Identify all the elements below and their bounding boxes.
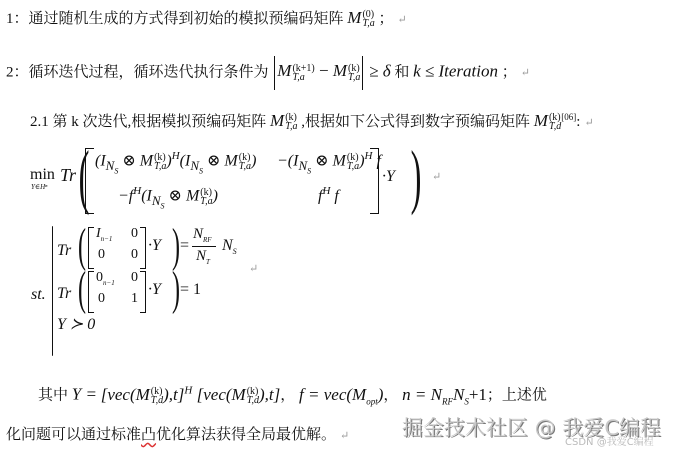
return-mark-icon: ↵ (432, 170, 441, 183)
step-2: 2：循环迭代过程，循环迭代执行条件为 M(k+1)T,a − M(k)T,a ≥… (6, 56, 530, 90)
where-line-2: 化问题可以通过标准凸优化算法获得全局最优解。↵ (6, 425, 349, 446)
citation-ref: [06] (561, 112, 576, 122)
step-1: 1：通过随机生成的方式得到初始的模拟预编码矩阵 M(0)T,a ；↵ (6, 8, 407, 30)
watermark-csdn: CSDN @我爱C编程 (565, 433, 654, 448)
spellcheck-mark: 凸 (141, 427, 156, 443)
step-2-1: 2.1 第 k 次迭代,根据模拟预编码矩阵 M(k)T,a ,根据如下公式得到数… (30, 107, 594, 133)
where-line: 其中 Y = [vec(M(k)T,d),t]H [vec(M(k)T,d),t… (38, 380, 547, 411)
step-1-text: 通过随机生成的方式得到初始的模拟预编码矩阵 (29, 11, 344, 27)
return-mark-icon: ↵ (340, 430, 349, 442)
return-mark-icon: ↵ (398, 14, 407, 26)
return-mark-icon: ↵ (584, 117, 593, 129)
return-mark-icon: ↵ (249, 262, 258, 275)
matrix-symbol: M(0)T,a (347, 8, 375, 27)
step-2-text: 循环迭代过程，循环迭代执行条件为 (29, 64, 269, 80)
return-mark-icon: ↵ (521, 67, 530, 79)
step-1-label: 1： (6, 11, 29, 27)
